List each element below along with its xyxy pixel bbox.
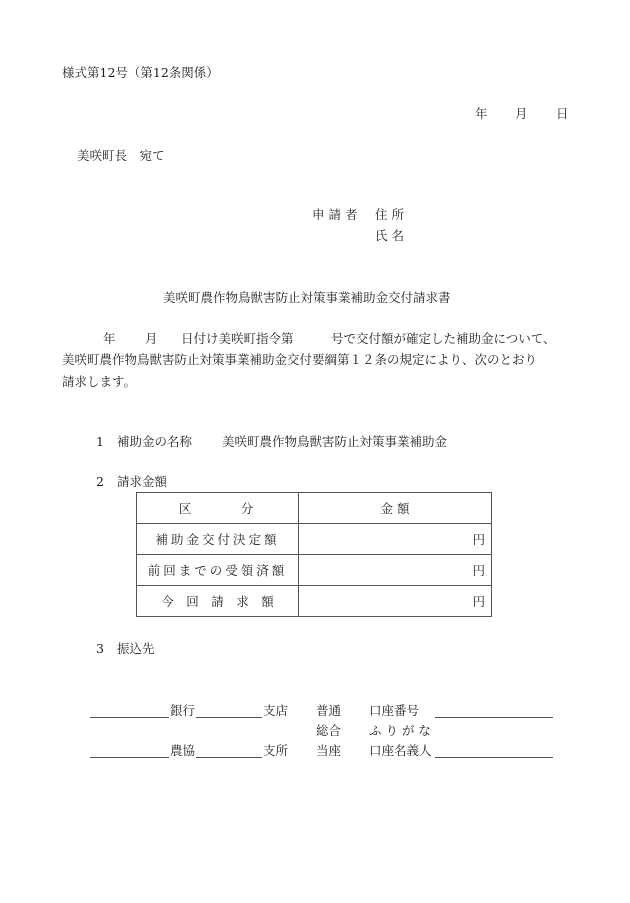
form-number: 様式第12号（第12条関係）: [62, 67, 219, 80]
amount-table: 区 分 金 額 補助金交付決定額 円 前回までの受領済額 円 今 回 請 求 額…: [136, 492, 492, 617]
coop-branch-field[interactable]: [196, 746, 262, 758]
coop-branch-label: 支所: [263, 745, 288, 758]
row-amount[interactable]: 円: [299, 586, 492, 617]
bank-branch-field[interactable]: [196, 706, 262, 718]
table-row: 補助金交付決定額 円: [137, 524, 492, 555]
body-line2: 美咲町農作物鳥獣害防止対策事業補助金交付要綱第１２条の規定により、次のとおり: [62, 354, 537, 367]
row-amount[interactable]: 円: [299, 555, 492, 586]
body-line3: 請求します。: [62, 376, 136, 389]
body-day-text: 日付け美咲町指令第: [181, 333, 294, 346]
section1-number: 1: [96, 436, 104, 449]
section2-label: 請求金額: [117, 476, 167, 489]
body-rest: 号で交付額が確定した補助金について、: [331, 333, 556, 346]
date-month: 月: [515, 108, 528, 121]
date-day: 日: [556, 108, 569, 121]
bank-name-field[interactable]: [90, 706, 169, 718]
section3-label: 振込先: [117, 643, 155, 656]
branch-label: 支店: [263, 705, 288, 718]
table-row: 前回までの受領済額 円: [137, 555, 492, 586]
table-header-row: 区 分 金 額: [137, 493, 492, 524]
header-category: 区 分: [137, 493, 299, 524]
account-type-general: 総合: [316, 725, 341, 738]
body-month: 月: [145, 333, 158, 346]
name-label: 氏 名: [375, 230, 404, 243]
applicant-label: 申 請 者: [312, 209, 357, 222]
account-number-label: 口座番号: [369, 705, 419, 718]
account-type-current: 当座: [316, 745, 341, 758]
account-number-field[interactable]: [435, 706, 553, 718]
document-title: 美咲町農作物鳥獣害防止対策事業補助金交付請求書: [163, 292, 451, 305]
account-type-ordinary: 普通: [316, 705, 341, 718]
account-holder-field[interactable]: [435, 746, 553, 758]
row-label: 補助金交付決定額: [137, 524, 299, 555]
row-label: 前回までの受領済額: [137, 555, 299, 586]
row-label: 今 回 請 求 額: [137, 586, 299, 617]
coop-label: 農協: [170, 745, 195, 758]
coop-name-field[interactable]: [90, 746, 169, 758]
header-amount: 金 額: [299, 493, 492, 524]
section3-number: 3: [96, 643, 104, 656]
address-label: 住 所: [375, 209, 404, 222]
row-amount[interactable]: 円: [299, 524, 492, 555]
date-year: 年: [475, 108, 488, 121]
furigana-label: ふ り が な: [369, 725, 431, 738]
section2-number: 2: [96, 476, 104, 489]
account-holder-label: 口座名義人: [369, 745, 432, 758]
table-row: 今 回 請 求 額 円: [137, 586, 492, 617]
addressee: 美咲町長 宛て: [77, 150, 165, 163]
section1-label: 補助金の名称: [117, 436, 192, 449]
body-year: 年: [103, 333, 116, 346]
bank-label: 銀行: [170, 705, 195, 718]
section1-value: 美咲町農作物鳥獣害防止対策事業補助金: [222, 436, 447, 449]
